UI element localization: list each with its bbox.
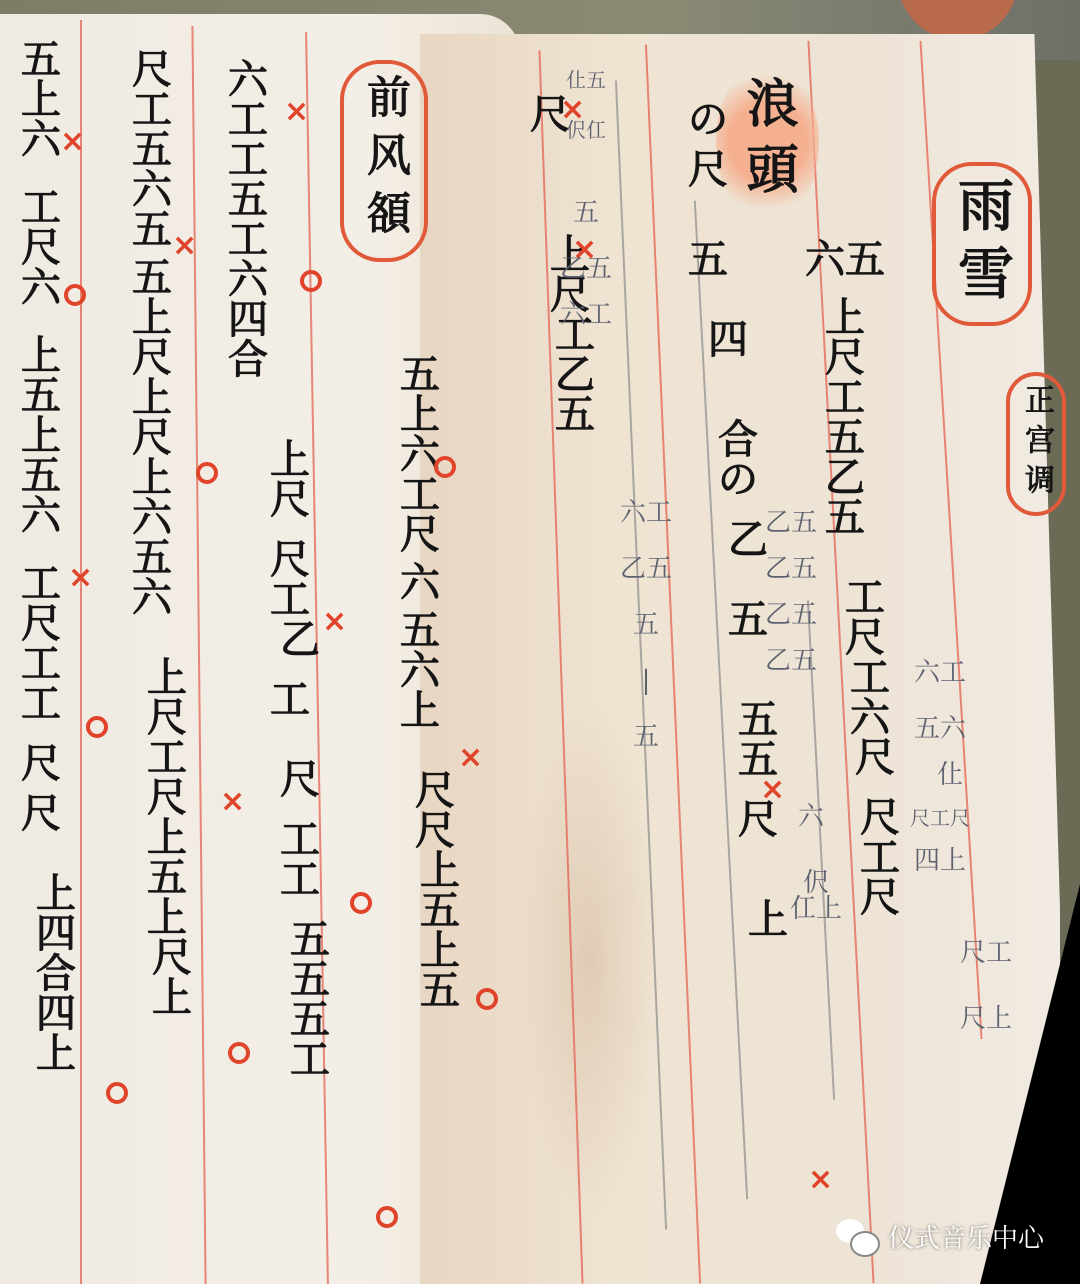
watermark: 仪式音乐中心 <box>836 1218 1044 1255</box>
red-cross-mark: × <box>220 784 245 819</box>
red-circle-mark <box>106 1082 128 1104</box>
red-cross-mark: × <box>458 740 483 775</box>
red-cross-mark: × <box>760 772 785 807</box>
red-cross-mark: × <box>560 92 585 127</box>
notation-column-l4: 尺 工 五 六 五 五 上 尺 上 尺 上 六 五 六 上 尺 工 尺 上 五 … <box>112 50 192 1018</box>
red-cross-mark: × <box>68 560 93 595</box>
red-circle-mark <box>376 1206 398 1228</box>
pencil-annotations-d: 六工 五六 仩 尺工尺 四上 <box>910 660 970 874</box>
wechat-icon <box>836 1219 880 1255</box>
red-circle-mark <box>64 284 86 306</box>
red-cross-mark: × <box>322 604 347 639</box>
pencil-annotations-e: 尺工 尺上 <box>960 940 1012 1032</box>
red-circle-mark <box>300 270 322 292</box>
red-cross-mark: × <box>60 124 85 159</box>
ruled-line <box>80 20 82 1284</box>
mode-zhenggongdiao: 正宫调 <box>1006 372 1066 516</box>
pencil-dash: | <box>642 668 651 694</box>
notation-column-l3: 六 工 工 五 工 六 四 合 <box>228 60 268 380</box>
red-circle-mark <box>434 456 456 478</box>
red-circle-mark <box>476 988 498 1010</box>
notation-column-l1: 五 上 六 工 尺 六 五 六 上 尺 尺 上 五 上 五 <box>380 355 460 1011</box>
watermark-text: 仪式音乐中心 <box>888 1218 1044 1255</box>
red-circle-mark <box>350 892 372 914</box>
pencil-annotations-c: 乙五 乙五 乙五 乙五 六 伬 仜上 <box>740 510 842 922</box>
red-circle-mark <box>228 1042 250 1064</box>
red-cross-mark: × <box>284 94 309 129</box>
red-cross-mark: × <box>808 1162 833 1197</box>
red-circle-mark <box>196 462 218 484</box>
red-circle-mark <box>86 716 108 738</box>
notation-column-l5: 五 上 六 工 尺 六 上 五 上 五 六 工 尺 工 工 尺 尺 上 四 合 … <box>6 40 76 1074</box>
pencil-annotations-b: 六工 乙五 五 | 五 <box>620 500 672 750</box>
notation-column-l2: 上 尺 尺 工 乙 工 尺 工 工 五 五 五 工 <box>250 440 330 1080</box>
title-yuxue: 雨雪 <box>932 162 1032 326</box>
red-cross-mark: × <box>572 232 597 267</box>
section-qianfengxu: 前风頟 <box>340 60 428 262</box>
red-cross-mark: × <box>172 228 197 263</box>
